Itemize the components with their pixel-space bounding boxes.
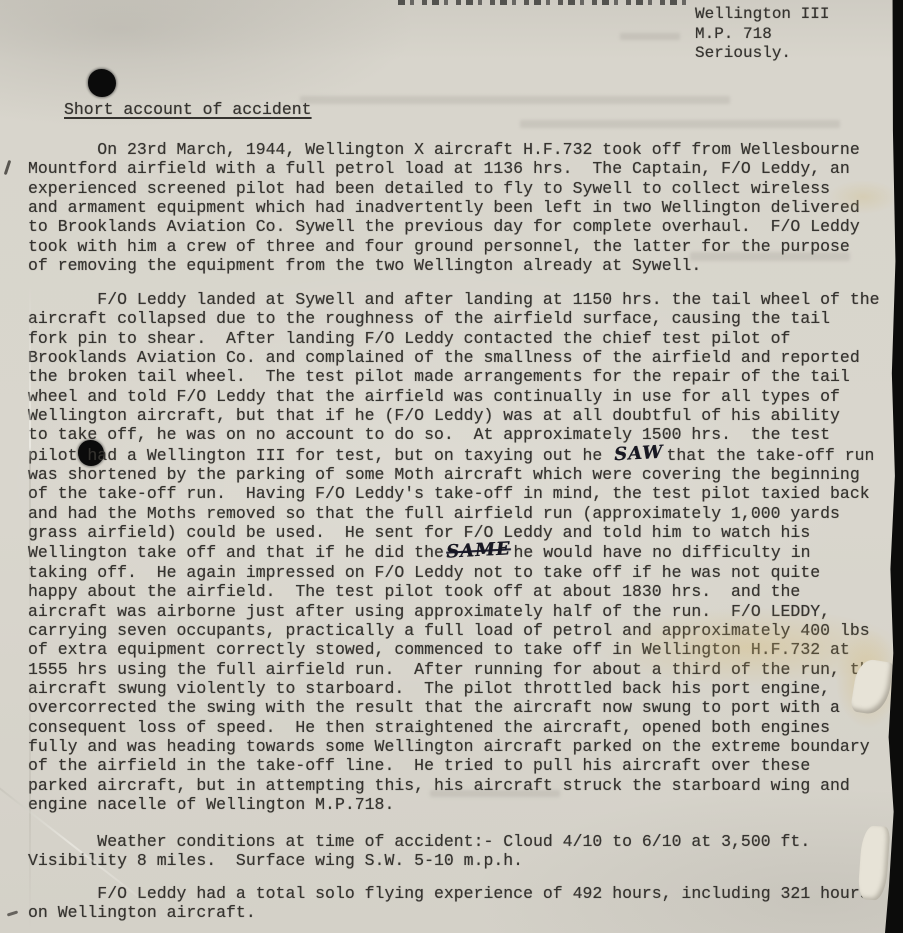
pen-mark xyxy=(7,910,18,916)
ghost-type-impression xyxy=(690,252,850,261)
paragraph-landing-and-accident: F/O Leddy landed at Sywell and after lan… xyxy=(28,290,892,814)
paragraph-2-text-a: F/O Leddy landed at Sywell and after lan… xyxy=(28,290,880,465)
paper-crease xyxy=(29,285,31,933)
ghost-type-impression xyxy=(430,790,560,797)
horizontal-rule xyxy=(8,83,892,86)
header-aircraft-type: Wellington III xyxy=(695,5,829,23)
paragraph-pilot-experience: F/O Leddy had a total solo flying experi… xyxy=(28,884,892,923)
pen-mark xyxy=(4,160,11,175)
ghost-type-impression xyxy=(300,96,730,104)
ghost-type-impression xyxy=(620,33,680,40)
header-injury-note: Seriously. xyxy=(695,44,791,62)
document-page: Wellington III M.P. 718 Seriously. Short… xyxy=(0,0,903,933)
paragraph-weather-conditions: Weather conditions at time of accident:-… xyxy=(28,832,892,871)
clipped-top-line xyxy=(398,0,692,5)
header-serial-number: M.P. 718 xyxy=(695,25,772,43)
ghost-type-impression xyxy=(520,120,840,128)
handwritten-annotation-saw: SAW xyxy=(614,442,664,464)
section-heading: Short account of accident xyxy=(64,100,312,119)
handwritten-annotation-same: SAME xyxy=(445,540,511,563)
paragraph-2-text-c: he would have no difficulty in taking of… xyxy=(28,543,880,813)
hole-punch-top xyxy=(88,69,116,97)
header-block: Wellington III M.P. 718 Seriously. xyxy=(695,5,829,64)
